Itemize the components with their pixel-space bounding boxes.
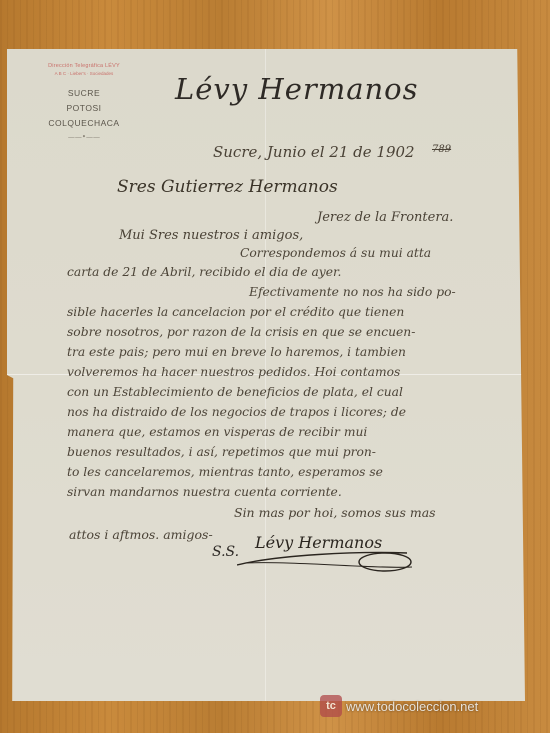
- watermark: tc www.todocoleccion.net: [320, 695, 478, 717]
- todocoleccion-logo-icon: tc: [320, 695, 342, 717]
- body-line: to les cancelaremos, mientras tanto, esp…: [67, 465, 383, 479]
- letter-date: Sucre, Junio el 21 de 1902: [213, 143, 415, 161]
- body-line: Correspondemos á su mui atta: [240, 246, 431, 260]
- letterhead: Dirección Telegráfica LÉVY A B C · Liebe…: [29, 63, 139, 141]
- body-line: tra este pais; pero mui en breve lo hare…: [67, 345, 406, 359]
- city-sucre: SUCRE: [29, 86, 139, 101]
- telegraphic-address: Dirección Telegráfica LÉVY: [29, 63, 139, 69]
- addressee-city: Jerez de la Frontera.: [317, 210, 453, 225]
- body-line: sible hacerles la cancelacion por el cré…: [67, 305, 404, 319]
- addressee: Sres Gutierrez Hermanos: [117, 177, 338, 197]
- body-line: carta de 21 de Abril, recibido el dia de…: [67, 265, 341, 279]
- signature-text: Lévy Hermanos: [255, 533, 382, 552]
- city-colquechaca: COLQUECHACA: [29, 116, 139, 131]
- body-line: Efectivamente no nos ha sido po-: [249, 285, 456, 299]
- body-line: sirvan mandarnos nuestra cuenta corrient…: [67, 485, 342, 499]
- letter-paper: Dirección Telegráfica LÉVY A B C · Liebe…: [7, 49, 525, 701]
- reference-number: 789: [432, 144, 451, 155]
- body-line: volveremos ha hacer nuestros pedidos. Ho…: [67, 365, 400, 379]
- telegraph-codes: A B C · Lieber's · Sociedades: [29, 71, 139, 76]
- city-potosi: POTOSI: [29, 101, 139, 116]
- signature: Lévy Hermanos: [237, 527, 447, 581]
- body-line: nos ha distraido de los negocios de trap…: [67, 405, 406, 419]
- ornament-divider: ——•——: [29, 133, 139, 141]
- watermark-url: www.todocoleccion.net: [346, 699, 478, 714]
- ss-abbreviation: S.S.: [212, 544, 239, 560]
- body-line: manera que, estamos en visperas de recib…: [67, 425, 367, 439]
- body-line: con un Establecimiento de beneficios de …: [67, 385, 403, 399]
- salutation: Mui Sres nuestros i amigos,: [119, 228, 303, 243]
- closing-line-2: attos i aftmos. amigos-: [69, 527, 213, 542]
- firm-name-heading: Lévy Hermanos: [175, 72, 419, 106]
- body-line: buenos resultados, i así, repetimos que …: [67, 445, 376, 459]
- closing-line: Sin mas por hoi, somos sus mas: [234, 505, 436, 520]
- body-line: sobre nosotros, por razon de la crisis e…: [67, 325, 415, 339]
